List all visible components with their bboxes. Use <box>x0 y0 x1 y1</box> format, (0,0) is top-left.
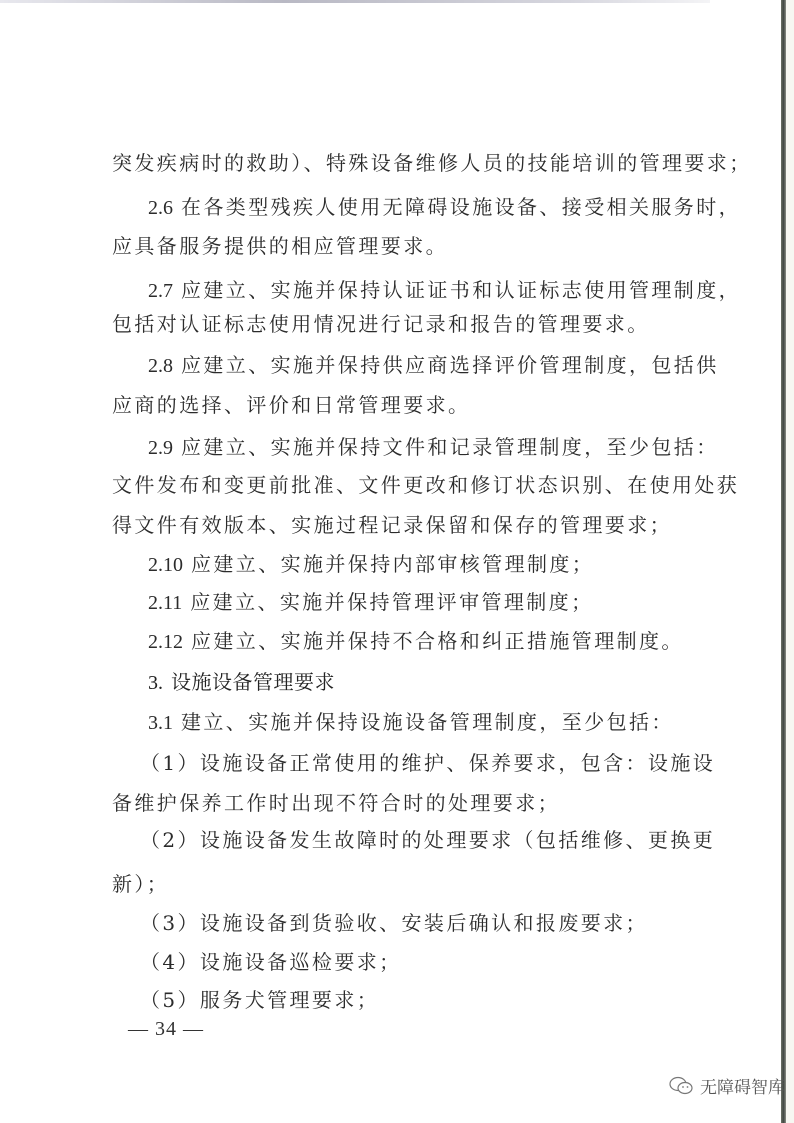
clause-2-6: 2.6在各类型残疾人使用无障碍设施设备、接受相关服务时， <box>148 195 741 220</box>
clause-number: 2.11 <box>148 592 182 614</box>
clause-number: 2.10 <box>148 554 183 576</box>
section-heading-3: 3.设施设备管理要求 <box>148 670 335 695</box>
list-item-4: （4）设施设备巡检要求； <box>140 950 402 974</box>
clause-number: 2.6 <box>148 197 173 219</box>
paragraph-line: 包括对认证标志使用情况进行记录和报告的管理要求。 <box>112 312 650 336</box>
clause-number: 2.7 <box>148 280 173 302</box>
scan-binding-edge <box>781 0 786 1123</box>
clause-2-7: 2.7应建立、实施并保持认证证书和认证标志使用管理制度， <box>148 278 741 303</box>
clause-number: 2.8 <box>148 355 173 377</box>
scan-right-margin <box>786 0 794 1123</box>
list-item-5: （5）服务犬管理要求； <box>140 988 379 1012</box>
list-item-3: （3）设施设备到货验收、安装后确认和报废要求； <box>140 911 648 935</box>
clause-number: 2.9 <box>148 437 173 459</box>
paragraph-line: 应具备服务提供的相应管理要求。 <box>112 234 448 258</box>
clause-2-11: 2.11应建立、实施并保持管理评审管理制度； <box>148 590 593 615</box>
paragraph-line: 备维护保养工作时出现不符合时的处理要求； <box>112 791 560 815</box>
clause-2-10: 2.10应建立、实施并保持内部审核管理制度； <box>148 552 594 577</box>
clause-2-8: 2.8应建立、实施并保持供应商选择评价管理制度，包括供 <box>148 353 719 378</box>
list-item-1: （1）设施设备正常使用的维护、保养要求，包含：设施设 <box>140 751 715 775</box>
clause-2-9: 2.9应建立、实施并保持文件和记录管理制度，至少包括： <box>148 435 719 460</box>
clause-number: 2.12 <box>148 631 183 653</box>
clause-2-12: 2.12应建立、实施并保持不合格和纠正措施管理制度。 <box>148 629 684 654</box>
wechat-icon <box>668 1076 694 1096</box>
paragraph-line: 应商的选择、评价和日常管理要求。 <box>112 393 470 417</box>
list-item-2: （2）设施设备发生故障时的处理要求（包括维修、更换更 <box>140 828 715 852</box>
watermark-text: 无障碍智库 <box>700 1073 785 1098</box>
clause-3-1: 3.1建立、实施并保持设施设备管理制度，至少包括： <box>148 710 674 735</box>
section-number: 3. <box>148 672 163 694</box>
watermark: 无障碍智库 <box>668 1073 785 1098</box>
paragraph-line: 得文件有效版本、实施过程记录保留和保存的管理要求； <box>112 513 672 537</box>
page-number: — 34 — <box>128 1018 204 1041</box>
paragraph-line: 新）； <box>112 872 169 896</box>
clause-number: 3.1 <box>148 712 173 734</box>
paragraph-line: 突发疾病时的救助）、特殊设备维修人员的技能培训的管理要求； <box>112 151 752 175</box>
paragraph-line: 文件发布和变更前批准、文件更改和修订状态识别、在使用处获 <box>112 473 739 497</box>
scan-top-edge <box>0 0 710 3</box>
